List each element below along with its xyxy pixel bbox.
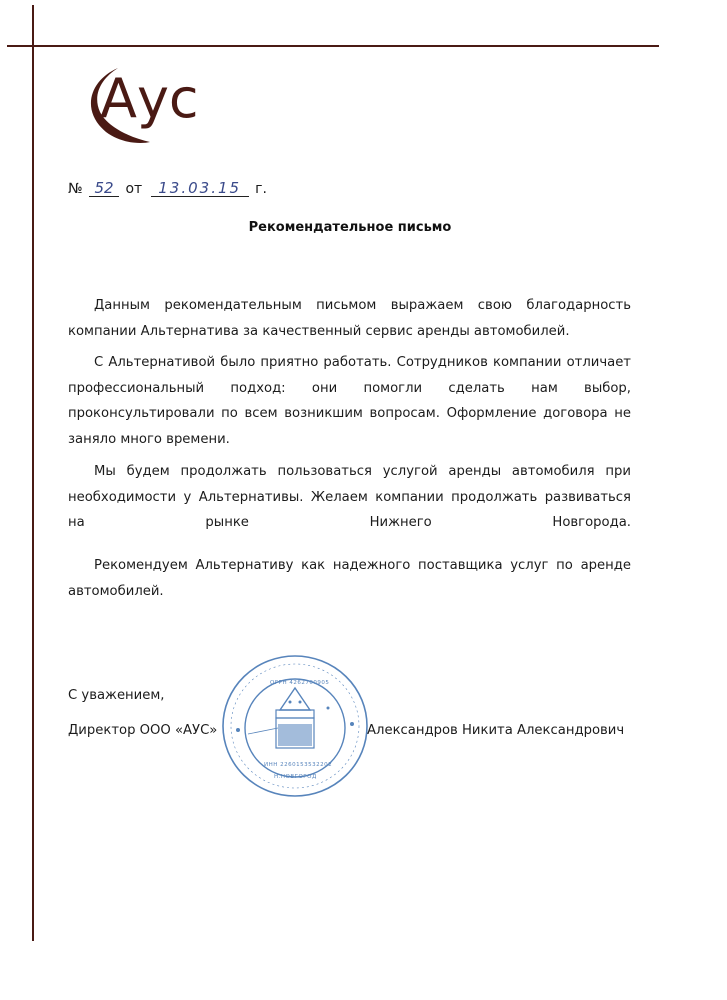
body-paragraph-1: Данным рекомендательным письмом выражаем… (68, 293, 631, 344)
company-seal-stamp-icon: ОГРН 4262700905 ИНН 2260153532202 Н.НОВГ… (218, 648, 373, 803)
body-paragraph-2: С Альтернативой было приятно работать. С… (68, 350, 631, 452)
svg-text:ИНН 2260153532202: ИНН 2260153532202 (264, 762, 332, 768)
svg-text:ОГРН 4262700905: ОГРН 4262700905 (270, 680, 329, 686)
date-label: от (125, 181, 142, 197)
year-suffix: г. (255, 181, 267, 197)
signatory-role: Директор ООО «АУС» (68, 723, 217, 738)
document-reference: № 52 от 13.03.15 г. (68, 180, 267, 197)
number-label: № (68, 181, 83, 197)
body-paragraph-4: Рекомендуем Альтернативу как надежного п… (68, 553, 631, 604)
company-logo-wordmark: Аус (100, 67, 199, 130)
closing-salutation: С уважением, (68, 688, 165, 703)
letterhead-horizontal-rule (7, 45, 659, 47)
svg-text:Н.НОВГОРОД: Н.НОВГОРОД (274, 774, 317, 780)
document-number: 52 (89, 180, 119, 197)
signatory-name: Александров Никита Александрович (367, 723, 624, 738)
company-logo-text: Аус (100, 72, 199, 126)
document-title: Рекомендательное письмо (0, 220, 700, 235)
body-paragraph-3: Мы будем продолжать пользоваться услугой… (68, 459, 631, 536)
document-date: 13.03.15 (151, 180, 249, 197)
letterhead-vertical-rule (32, 5, 34, 941)
